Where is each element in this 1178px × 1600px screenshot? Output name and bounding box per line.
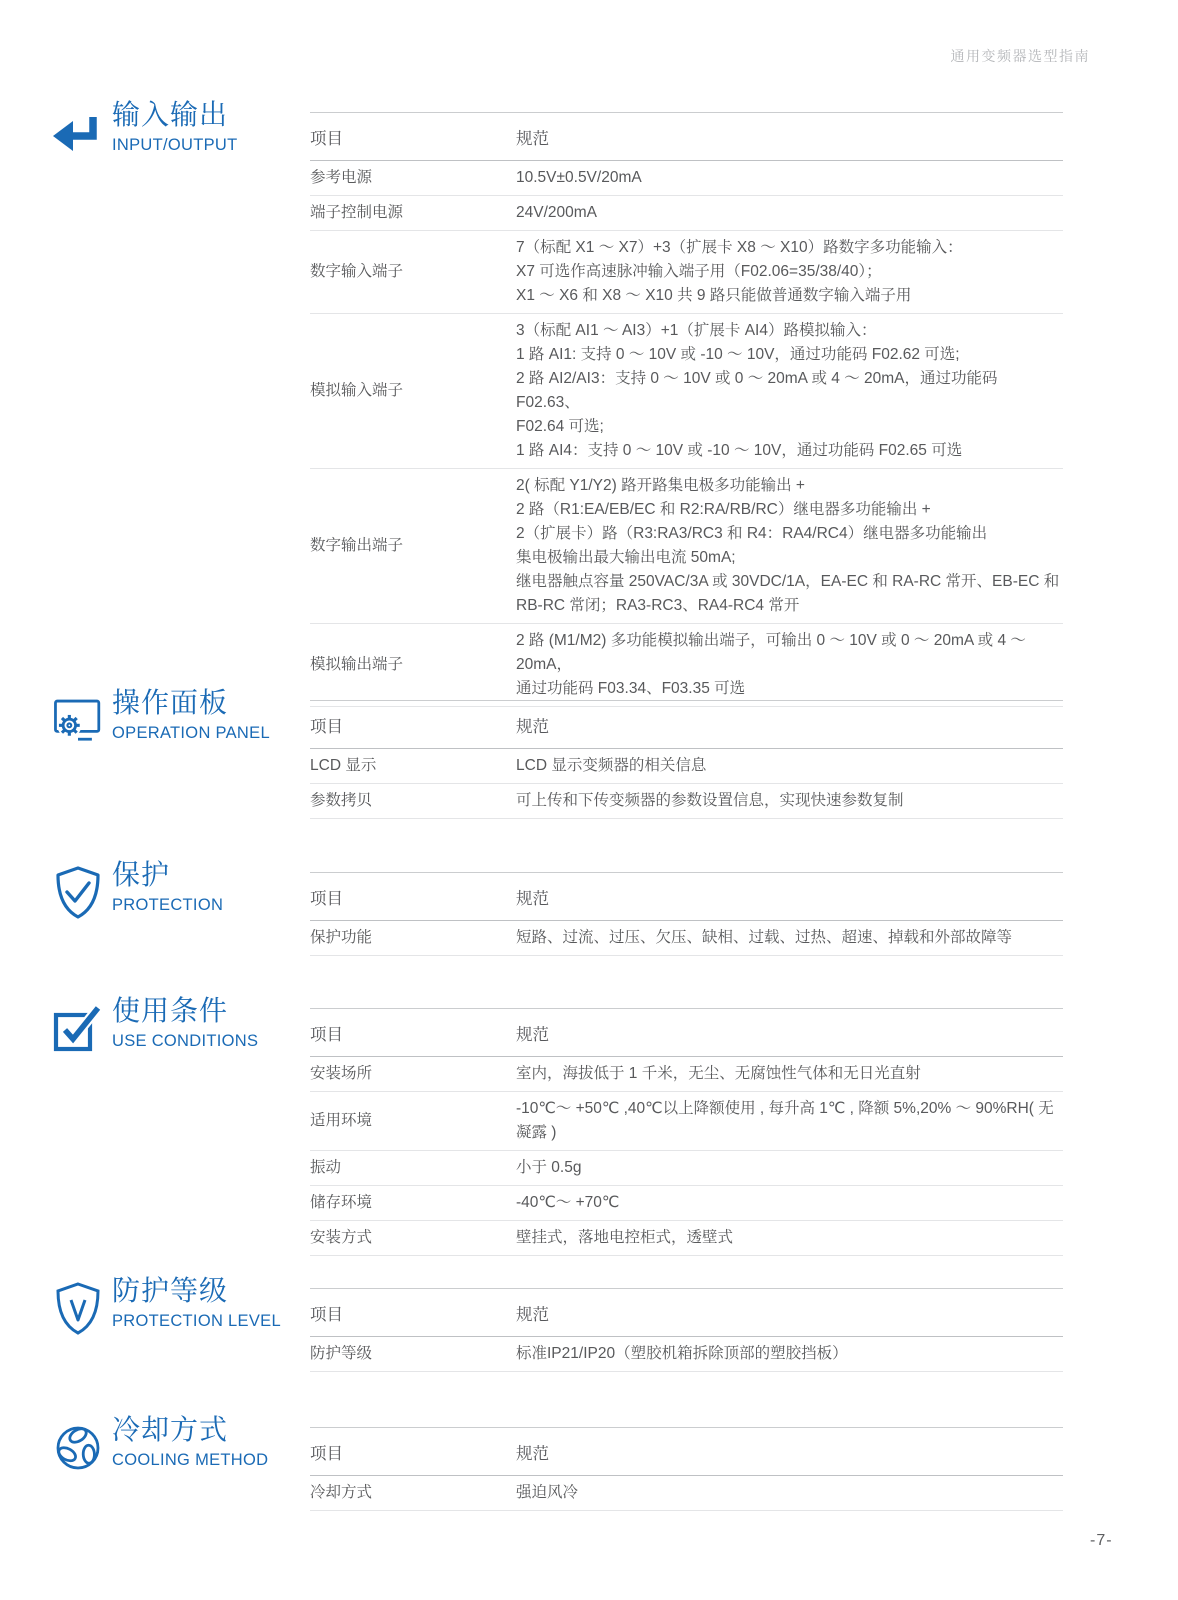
item-cell: 数字输出端子 [310, 469, 516, 624]
spec-cell: LCD 显示变频器的相关信息 [516, 749, 1063, 784]
spec-row: 端子控制电源 24V/200mA [310, 196, 1063, 231]
section-title: 防护等级 [112, 1274, 281, 1308]
spec-table-header-row: 项目 规范 [310, 1428, 1063, 1476]
spec-table-header-row: 项目 规范 [310, 113, 1063, 161]
section-subtitle: COOLING METHOD [112, 1451, 268, 1470]
item-cell: 数字输入端子 [310, 231, 516, 314]
spec-row: 参考电源 10.5V±0.5V/20mA [310, 161, 1063, 196]
spec-row: 冷却方式 强迫风冷 [310, 1476, 1063, 1511]
spec-table-header-row: 项目 规范 [310, 1289, 1063, 1337]
spec-row: 适用环境 -10℃～ +50℃ ,40℃以上降额使用 , 每升高 1℃ , 降额… [310, 1092, 1063, 1151]
spec-table: 项目 规范 LCD 显示 LCD 显示变频器的相关信息 参数拷贝 可上传和下传变… [310, 700, 1063, 819]
spec-row: 防护等级 标准IP21/IP20（塑胶机箱拆除顶部的塑胶挡板） [310, 1337, 1063, 1372]
spec-cell: 可上传和下传变频器的参数设置信息，实现快速参数复制 [516, 784, 1063, 819]
column-header-item: 项目 [310, 1428, 516, 1476]
fan-icon [52, 1419, 104, 1477]
section-subtitle: PROTECTION LEVEL [112, 1312, 281, 1331]
monitor-gear-icon [52, 692, 104, 750]
section-label: 保护 PROTECTION [52, 858, 223, 922]
spec-row: LCD 显示 LCD 显示变频器的相关信息 [310, 749, 1063, 784]
column-header-spec: 规范 [516, 701, 1063, 749]
spec-table: 项目 规范 冷却方式 强迫风冷 [310, 1427, 1063, 1511]
page-header: 通用变频器选型指南 [951, 46, 1091, 66]
section-titles: 防护等级 PROTECTION LEVEL [112, 1274, 281, 1331]
section-label: 输入输出 INPUT/OUTPUT [52, 98, 238, 162]
item-cell: LCD 显示 [310, 749, 516, 784]
column-header-spec: 规范 [516, 1009, 1063, 1057]
spec-cell: 10.5V±0.5V/20mA [516, 161, 1063, 196]
spec-table: 项目 规范 保护功能 短路、过流、过压、欠压、缺相、过载、过热、超速、掉载和外部… [310, 872, 1063, 956]
section-title: 使用条件 [112, 994, 258, 1028]
spec-cell: 强迫风冷 [516, 1476, 1063, 1511]
spec-cell: -10℃～ +50℃ ,40℃以上降额使用 , 每升高 1℃ , 降额 5%,2… [516, 1092, 1063, 1151]
spec-cell: 2( 标配 Y1/Y2) 路开路集电极多功能输出 + 2 路（R1:EA/EB/… [516, 469, 1063, 624]
column-header-item: 项目 [310, 1009, 516, 1057]
checkbox-check-icon [52, 1000, 104, 1058]
section-titles: 输入输出 INPUT/OUTPUT [112, 98, 238, 155]
spec-row: 参数拷贝 可上传和下传变频器的参数设置信息，实现快速参数复制 [310, 784, 1063, 819]
spec-table: 项目 规范 防护等级 标准IP21/IP20（塑胶机箱拆除顶部的塑胶挡板） [310, 1288, 1063, 1372]
column-header-item: 项目 [310, 873, 516, 921]
spec-cell: 2 路 (M1/M2) 多功能模拟输出端子，可输出 0 ～ 10V 或 0 ～ … [516, 624, 1063, 707]
section-titles: 操作面板 OPERATION PANEL [112, 686, 270, 743]
section-title: 输入输出 [112, 98, 238, 132]
spec-table-header-row: 项目 规范 [310, 1009, 1063, 1057]
enter-arrow-icon [52, 104, 104, 162]
item-cell: 参数拷贝 [310, 784, 516, 819]
spec-cell: 7（标配 X1 ～ X7）+3（扩展卡 X8 ～ X10）路数字多功能输入： X… [516, 231, 1063, 314]
item-cell: 模拟输入端子 [310, 314, 516, 469]
item-cell: 防护等级 [310, 1337, 516, 1372]
shield-v-icon [52, 1280, 104, 1338]
spec-cell: 小于 0.5g [516, 1151, 1063, 1186]
item-cell: 振动 [310, 1151, 516, 1186]
section-subtitle: INPUT/OUTPUT [112, 136, 238, 155]
spec-row: 安装方式 壁挂式，落地电控柜式，透壁式 [310, 1221, 1063, 1256]
spec-row: 储存环境 -40℃～ +70℃ [310, 1186, 1063, 1221]
spec-cell: -40℃～ +70℃ [516, 1186, 1063, 1221]
column-header-item: 项目 [310, 113, 516, 161]
section-titles: 保护 PROTECTION [112, 858, 223, 915]
item-cell: 适用环境 [310, 1092, 516, 1151]
column-header-spec: 规范 [516, 1428, 1063, 1476]
item-cell: 冷却方式 [310, 1476, 516, 1511]
spec-table: 项目 规范 安装场所 室内，海拔低于 1 千米，无尘、无腐蚀性气体和无日光直射 … [310, 1008, 1063, 1256]
section-title: 保护 [112, 858, 223, 892]
spec-row: 数字输出端子 2( 标配 Y1/Y2) 路开路集电极多功能输出 + 2 路（R1… [310, 469, 1063, 624]
item-cell: 端子控制电源 [310, 196, 516, 231]
item-cell: 参考电源 [310, 161, 516, 196]
spec-cell: 24V/200mA [516, 196, 1063, 231]
page-number: -7- [1090, 1532, 1113, 1550]
column-header-spec: 规范 [516, 873, 1063, 921]
spec-row: 数字输入端子 7（标配 X1 ～ X7）+3（扩展卡 X8 ～ X10）路数字多… [310, 231, 1063, 314]
spec-cell: 室内，海拔低于 1 千米，无尘、无腐蚀性气体和无日光直射 [516, 1057, 1063, 1092]
section-label: 使用条件 USE CONDITIONS [52, 994, 258, 1058]
section-subtitle: OPERATION PANEL [112, 724, 270, 743]
item-cell: 安装方式 [310, 1221, 516, 1256]
spec-row: 振动 小于 0.5g [310, 1151, 1063, 1186]
column-header-item: 项目 [310, 1289, 516, 1337]
section-subtitle: PROTECTION [112, 896, 223, 915]
spec-cell: 标准IP21/IP20（塑胶机箱拆除顶部的塑胶挡板） [516, 1337, 1063, 1372]
spec-row: 模拟输入端子 3（标配 AI1 ～ AI3）+1（扩展卡 AI4）路模拟输入： … [310, 314, 1063, 469]
spec-cell: 3（标配 AI1 ～ AI3）+1（扩展卡 AI4）路模拟输入： 1 路 AI1… [516, 314, 1063, 469]
item-cell: 储存环境 [310, 1186, 516, 1221]
column-header-item: 项目 [310, 701, 516, 749]
column-header-spec: 规范 [516, 113, 1063, 161]
section-subtitle: USE CONDITIONS [112, 1032, 258, 1051]
item-cell: 保护功能 [310, 921, 516, 956]
spec-table-header-row: 项目 规范 [310, 873, 1063, 921]
spec-cell: 短路、过流、过压、欠压、缺相、过载、过热、超速、掉载和外部故障等 [516, 921, 1063, 956]
section-label: 防护等级 PROTECTION LEVEL [52, 1274, 281, 1338]
section-titles: 使用条件 USE CONDITIONS [112, 994, 258, 1051]
spec-table-header-row: 项目 规范 [310, 701, 1063, 749]
spec-cell: 壁挂式，落地电控柜式，透壁式 [516, 1221, 1063, 1256]
section-title: 冷却方式 [112, 1413, 268, 1447]
spec-row: 保护功能 短路、过流、过压、欠压、缺相、过载、过热、超速、掉载和外部故障等 [310, 921, 1063, 956]
spec-row: 安装场所 室内，海拔低于 1 千米，无尘、无腐蚀性气体和无日光直射 [310, 1057, 1063, 1092]
section-label: 冷却方式 COOLING METHOD [52, 1413, 268, 1477]
section-titles: 冷却方式 COOLING METHOD [112, 1413, 268, 1470]
section-label: 操作面板 OPERATION PANEL [52, 686, 270, 750]
spec-table: 项目 规范 参考电源 10.5V±0.5V/20mA 端子控制电源 24V/20… [310, 112, 1063, 707]
item-cell: 安装场所 [310, 1057, 516, 1092]
shield-check-icon [52, 864, 104, 922]
section-title: 操作面板 [112, 686, 270, 720]
spec-row: 模拟输出端子 2 路 (M1/M2) 多功能模拟输出端子，可输出 0 ～ 10V… [310, 624, 1063, 707]
item-cell: 模拟输出端子 [310, 624, 516, 707]
column-header-spec: 规范 [516, 1289, 1063, 1337]
